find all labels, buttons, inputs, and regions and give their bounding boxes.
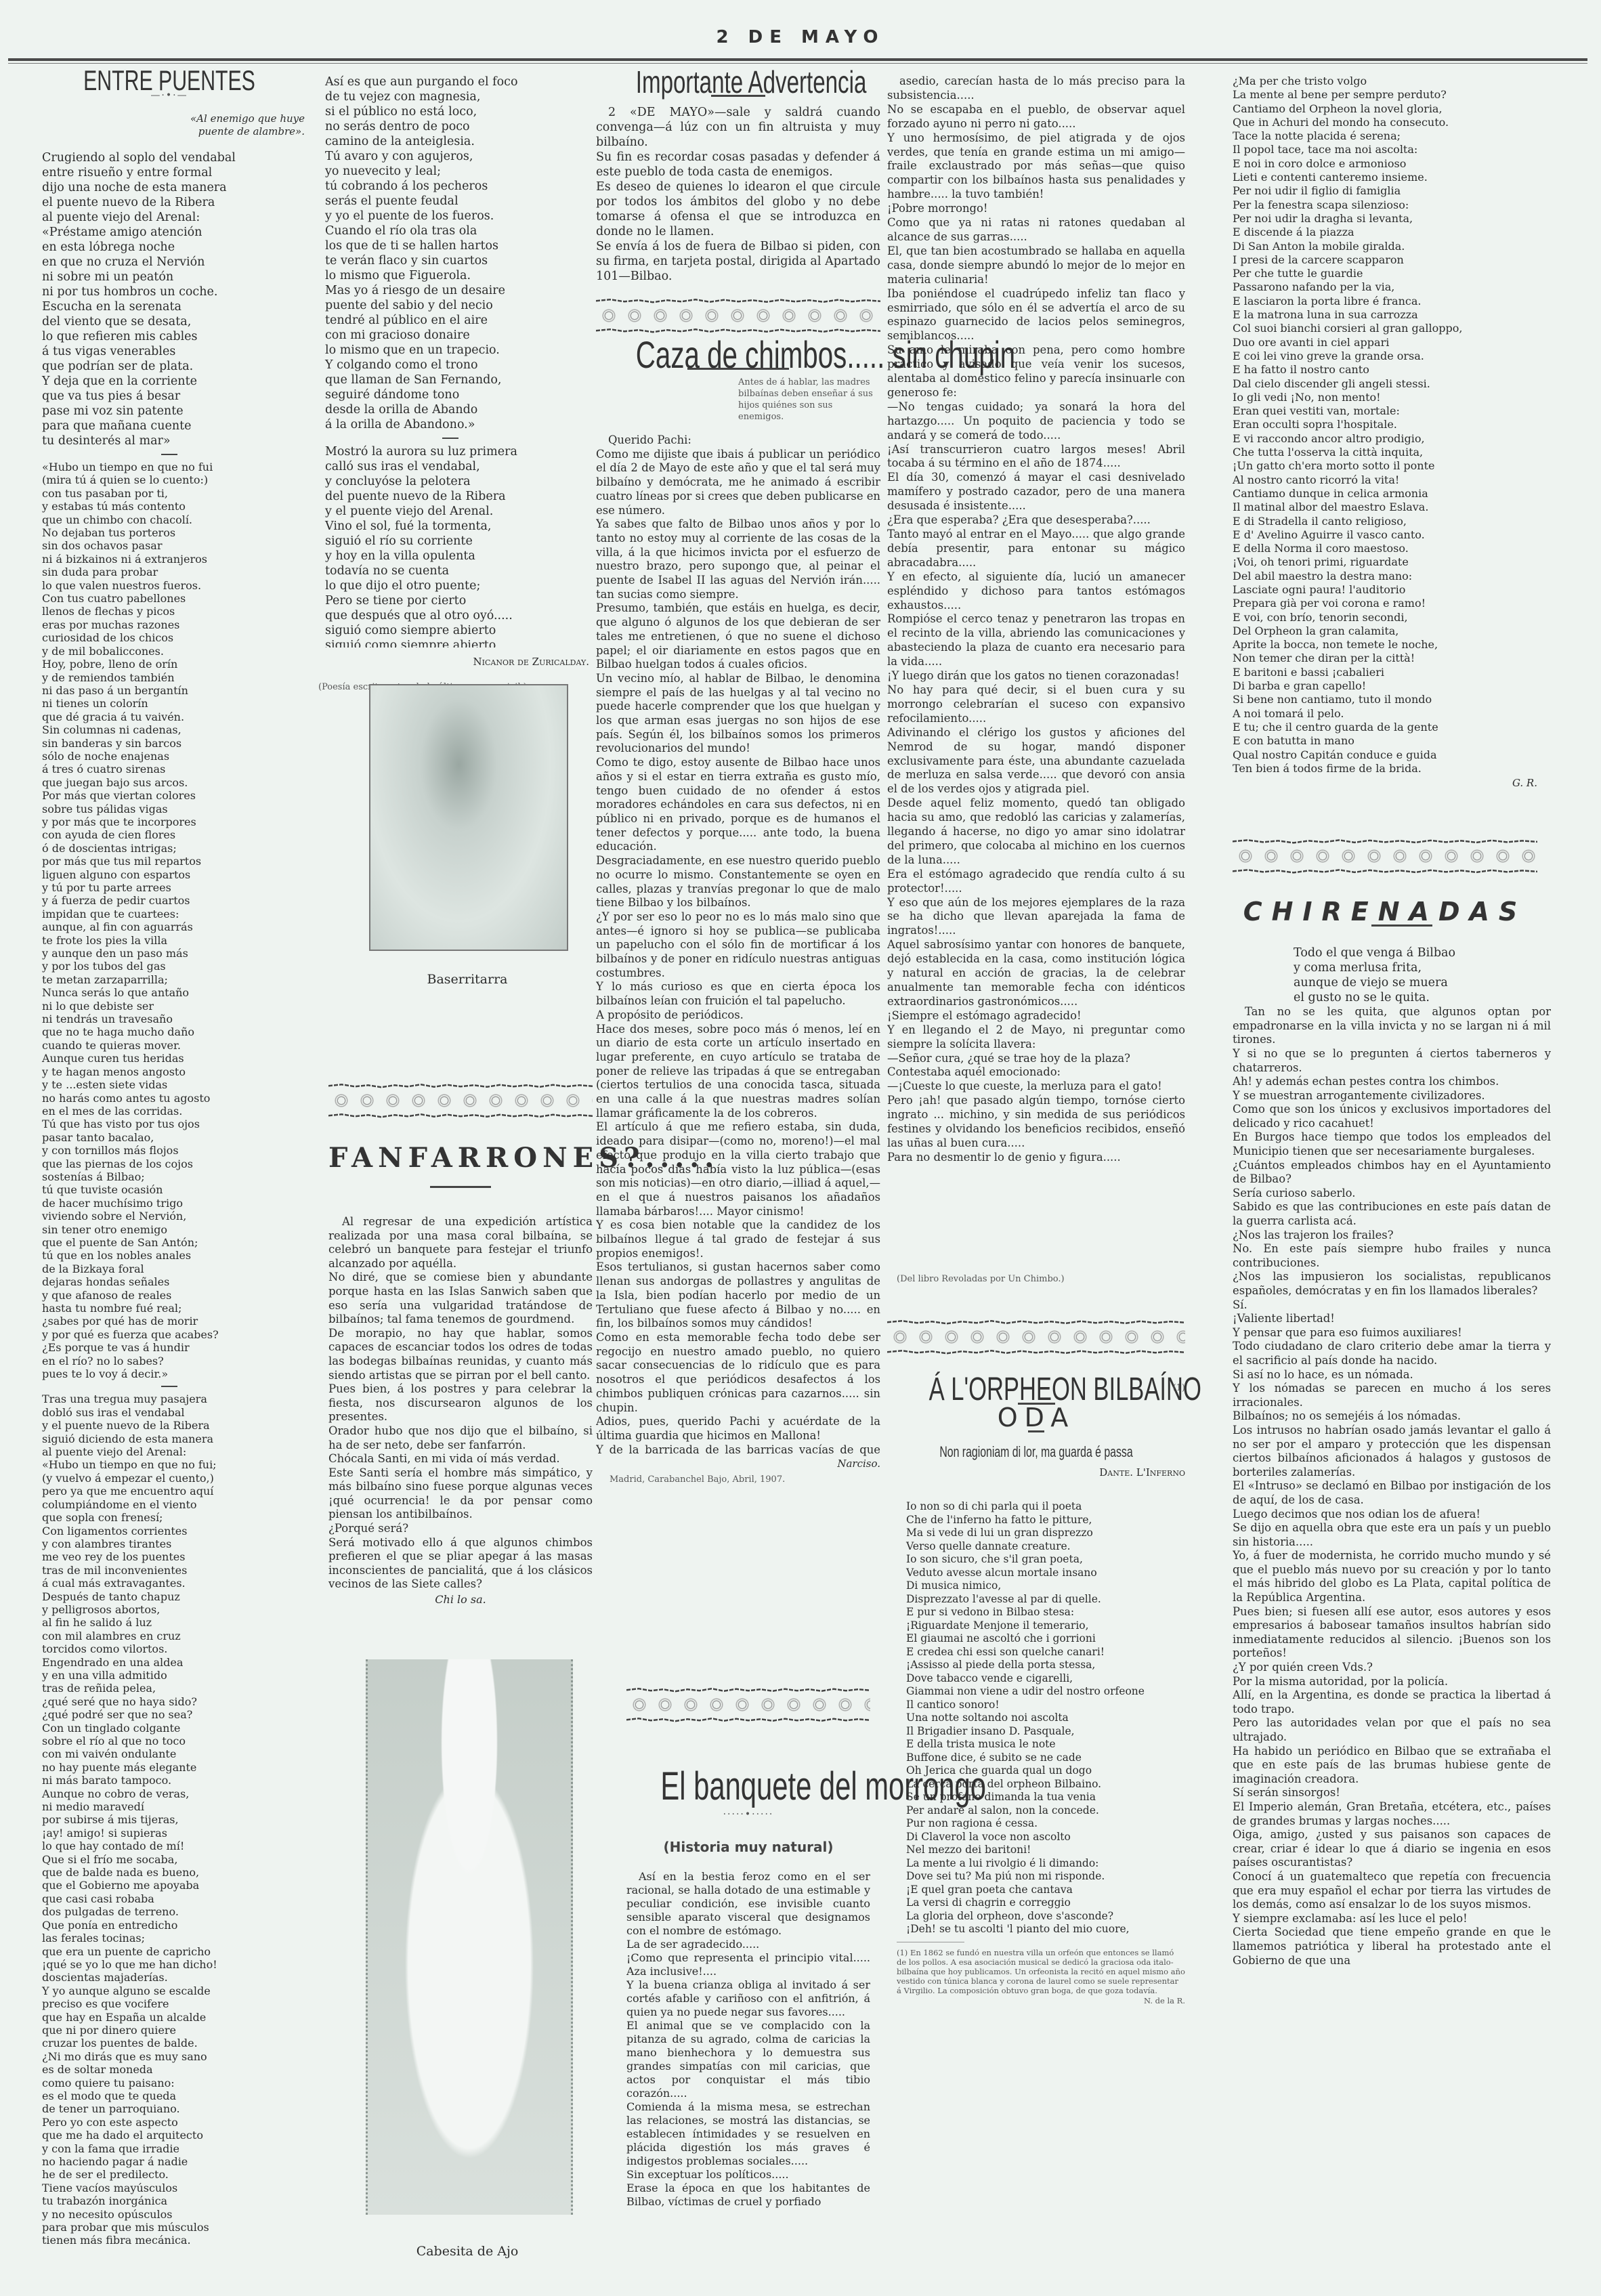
wavy-rule (328, 1082, 593, 1089)
banquete-source: (Del libro Revoladas por Un Chimbo.) (887, 1273, 1185, 1285)
column-1: ENTRE PUENTES —·•·— «Al enemigo que huye… (34, 75, 305, 2247)
banquete-header: El banquete del morrongo ·····•····· (Hi… (626, 1686, 870, 2249)
orpheon-footnote-ref: (1) (1173, 1382, 1185, 1394)
banquete-subtitle: (Historia muy natural) (626, 1839, 870, 1855)
divider (161, 1386, 177, 1387)
spiral-ornament (328, 1092, 593, 1109)
oda-subtitle: ODA (887, 1410, 1185, 1425)
orpheon-author: G. R. (1205, 775, 1578, 790)
entre-puentes-verse-5: Mostró la aurora su luz primera calló su… (312, 444, 589, 647)
newspaper-page: 2 DE MAYO ENTRE PUENTES —·•·— «Al enemig… (0, 0, 1601, 2296)
chirenadas-verse: Todo el que venga á Bilbao y coma merlus… (1205, 945, 1578, 1005)
orpheon-epigraph: Non ragioniam di lor, ma guarda é passa (929, 1445, 1144, 1460)
baserritarra-photo (369, 684, 568, 951)
column-4: asedio, carecían hasta de lo más preciso… (887, 75, 1185, 2007)
orpheon-title: Á L'ORPHEON BILBAÍNO (929, 1382, 1144, 1397)
banquete-title: El banquete del morrongo (660, 1764, 836, 1809)
wavy-rule (1233, 838, 1537, 845)
entre-puentes-verse-1: Crugiendo al soplo del vendabal entre ri… (34, 150, 305, 448)
header-rule (8, 58, 1587, 64)
wavy-rule (887, 1319, 1185, 1325)
footnote-rule (897, 1942, 964, 1942)
baserritarra-caption: Baserritarra (369, 972, 565, 987)
caza-title: Caza de chimbos..... sin chupin (636, 347, 840, 362)
orpheon-footnote-author: N. de la R. (887, 1995, 1185, 2007)
banquete-body-right: asedio, carecían hasta de lo más preciso… (887, 75, 1185, 1267)
caza-body: Querido Pachi: Como me dijiste que ibais… (596, 433, 880, 1456)
divider (161, 454, 177, 455)
advertencia-body: 2 «DE MAYO»—sale y saldrá cuando conveng… (596, 105, 880, 284)
entre-puentes-verse-4: Así es que aun purgando el foco de tu ve… (312, 75, 589, 432)
entre-puentes-verse-2: «Hubo un tiempo en que no fui (mira tú á… (34, 461, 305, 1380)
fanfarrones-body: Al regresar de una expedición artística … (328, 1215, 593, 1592)
divider (442, 438, 458, 439)
floral-ornament (887, 1328, 1185, 1346)
entre-puentes-epigraph: «Al enemigo que huye puente de alambre». (34, 112, 305, 138)
orpheon-footnote: (1) En 1862 se fundó en nuestra villa un… (887, 1948, 1185, 1995)
caza-author: Narciso. (596, 1456, 880, 1471)
wavy-rule (626, 1686, 870, 1693)
fanfarrones-title: FANFARRONES?..... (328, 1142, 593, 1174)
cabesita-caption: Cabesita de Ajo (366, 2244, 569, 2259)
column-2: Así es que aun purgando el foco de tu ve… (312, 75, 589, 693)
wavy-rule (328, 1112, 593, 1119)
wavy-rule (626, 1716, 870, 1723)
orpheon-verse-continued: ¿Ma per che tristo volgo La mente al ben… (1205, 75, 1578, 775)
wavy-rule (887, 1348, 1185, 1355)
floral-ornament (596, 307, 880, 324)
banquete-body-left: Así en la bestia feroz como en el ser ra… (626, 1870, 870, 2249)
orpheon-title-wrap: Á L'ORPHEON BILBAÍNO (1) (887, 1382, 1185, 1397)
title-ornament: ·····•····· (626, 1809, 870, 1820)
caza-epigraph: Antes de á hablar, las madres bilbaínas … (738, 377, 880, 423)
entre-puentes-title: ENTRE PUENTES (72, 73, 267, 88)
chirenadas-body: Tan no se les quita, que algunos optan p… (1233, 1005, 1551, 2204)
advertencia-title: Importante Advertencia (636, 75, 840, 89)
orpheon-verse: Io non so di chi parla qui il poeta Che … (887, 1500, 1185, 1934)
fanfarrones-author: Chi lo sa. (328, 1593, 593, 1606)
wavy-rule (1233, 868, 1537, 874)
orpheon-epigraph-source: Dante. L'Inferno (887, 1465, 1185, 1480)
fanfarrones-article: FANFARRONES?..... Al regresar de una exp… (328, 1082, 593, 1606)
entre-puentes-author: Nicanor de Zuricalday. (312, 654, 589, 669)
column-5: ¿Ma per che tristo volgo La mente al ben… (1205, 75, 1578, 2204)
masthead-title: 2 DE MAYO (0, 27, 1601, 47)
caza-dateline: Madrid, Carabanchel Bajo, Abril, 1907. (596, 1474, 880, 1485)
wavy-rule (596, 297, 880, 304)
floral-ornament (1233, 847, 1537, 865)
title-rule (430, 1186, 491, 1188)
chirenadas-title: CHIRENADAS (1205, 904, 1564, 919)
spiral-ornament (626, 1696, 870, 1714)
entre-puentes-verse-3: Tras una tregua muy pasajera dobló sus i… (34, 1393, 305, 2247)
cabesita-de-ajo-photo (366, 1659, 573, 2215)
column-3: Importante Advertencia 2 «DE MAYO»—sale … (596, 75, 880, 1485)
